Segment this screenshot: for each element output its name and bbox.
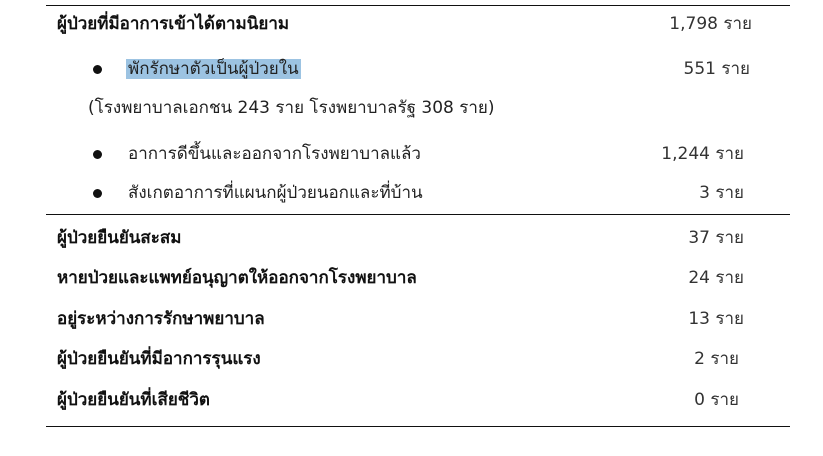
item-discharged-label: อาการดีขึ้นและออกจากโรงพยาบาลแล้ว: [128, 142, 421, 166]
row-severe-label: ผู้ป่วยยืนยันที่มีอาการรุนแรง: [57, 347, 261, 371]
row-in-treatment-label: อยู่ระหว่างการรักษาพยาบาล: [57, 307, 265, 331]
row-confirmed-label: ผู้ป่วยยืนยันสะสม: [57, 226, 182, 250]
row-severe-value: 2 ราย: [694, 347, 739, 371]
item-hospital-breakdown-note: (โรงพยาบาลเอกชน 243 ราย โรงพยาบาลรัฐ 308…: [88, 96, 495, 120]
row-recovered-value: 24 ราย: [688, 266, 744, 290]
row-confirmed-value: 37 ราย: [688, 226, 744, 250]
bullet-icon: [93, 189, 102, 198]
item-outpatient-value: 3 ราย: [699, 181, 744, 205]
row-deaths-label: ผู้ป่วยยืนยันที่เสียชีวิต: [57, 388, 210, 412]
top-rule: [46, 5, 790, 6]
heading-suspected-value: 1,798 ราย: [669, 12, 752, 36]
item-outpatient-label: สังเกตอาการที่แผนกผู้ป่วยนอกและที่บ้าน: [128, 181, 423, 205]
item-inpatient-label[interactable]: พักรักษาตัวเป็นผู้ป่วยใน: [126, 57, 301, 81]
bullet-icon: [93, 150, 102, 159]
selected-text-highlight[interactable]: พักรักษาตัวเป็นผู้ป่วยใน: [126, 59, 301, 79]
row-recovered-label: หายป่วยและแพทย์อนุญาตให้ออกจากโรงพยาบาล: [57, 266, 417, 290]
bottom-rule: [46, 426, 790, 427]
section-divider: [46, 214, 790, 215]
row-in-treatment-value: 13 ราย: [688, 307, 744, 331]
heading-suspected-label: ผู้ป่วยที่มีอาการเข้าได้ตามนิยาม: [57, 12, 289, 36]
bullet-icon: [93, 65, 102, 74]
row-deaths-value: 0 ราย: [694, 388, 739, 412]
item-discharged-value: 1,244 ราย: [661, 142, 744, 166]
item-inpatient-value: 551 ราย: [684, 57, 751, 81]
